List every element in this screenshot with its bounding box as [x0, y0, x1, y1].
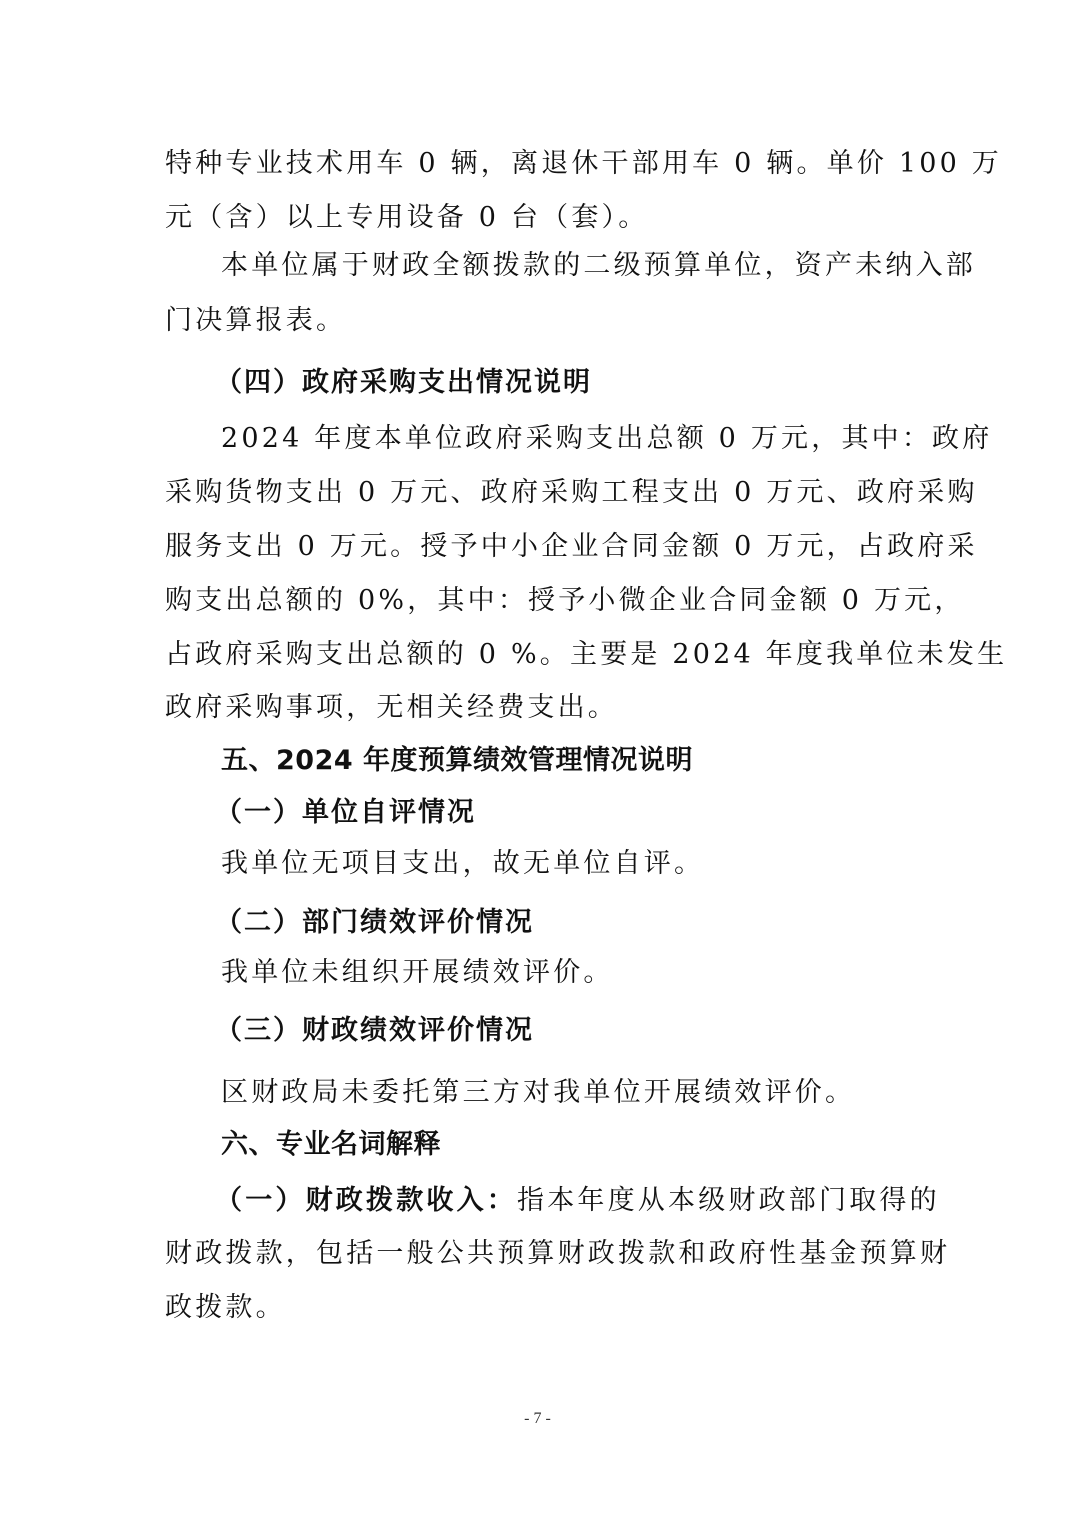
glossary-entry-line: （一）财政拨款收入：指本年度从本级财政部门取得的 — [215, 1183, 940, 1219]
paragraph-line: 2024 年度本单位政府采购支出总额 0 万元，其中：政府 — [221, 421, 992, 457]
glossary-definition: 指本年度从本级财政部门取得的 — [517, 1185, 940, 1216]
paragraph-line: 门决算报表。 — [165, 303, 346, 339]
section-heading-glossary: 六、专业名词解释 — [221, 1127, 441, 1163]
page-number: - 7 - — [0, 1410, 1075, 1428]
paragraph-line: 采购货物支出 0 万元、政府采购工程支出 0 万元、政府采购 — [165, 475, 978, 511]
subsection-heading-department-evaluation: （二）部门绩效评价情况 — [215, 905, 534, 941]
paragraph-line: 政府采购事项，无相关经费支出。 — [165, 690, 618, 726]
paragraph-line: 服务支出 0 万元。授予中小企业合同金额 0 万元，占政府采 — [165, 529, 978, 565]
paragraph-line: 区财政局未委托第三方对我单位开展绩效评价。 — [221, 1075, 855, 1111]
paragraph-line: 我单位未组织开展绩效评价。 — [221, 955, 614, 991]
subsection-heading-self-evaluation: （一）单位自评情况 — [215, 795, 476, 831]
section-heading-procurement: （四）政府采购支出情况说明 — [215, 365, 592, 401]
glossary-term: （一）财政拨款收入： — [215, 1185, 517, 1216]
paragraph-line: 元（含）以上专用设备 0 台（套）。 — [165, 200, 648, 236]
paragraph-line: 本单位属于财政全额拨款的二级预算单位，资产未纳入部 — [221, 248, 976, 284]
paragraph-line: 购支出总额的 0%，其中：授予小微企业合同金额 0 万元， — [165, 583, 965, 619]
paragraph-line: 财政拨款，包括一般公共预算财政拨款和政府性基金预算财 — [165, 1236, 950, 1272]
paragraph-line: 我单位无项目支出，故无单位自评。 — [221, 846, 704, 882]
subsection-heading-finance-evaluation: （三）财政绩效评价情况 — [215, 1013, 534, 1049]
paragraph-line: 占政府采购支出总额的 0 %。主要是 2024 年度我单位未发生 — [165, 637, 1007, 673]
paragraph-line: 特种专业技术用车 0 辆，离退休干部用车 0 辆。单价 100 万 — [165, 146, 1002, 182]
paragraph-line: 政拨款。 — [165, 1290, 286, 1326]
section-heading-performance: 五、2024 年度预算绩效管理情况说明 — [221, 743, 693, 779]
